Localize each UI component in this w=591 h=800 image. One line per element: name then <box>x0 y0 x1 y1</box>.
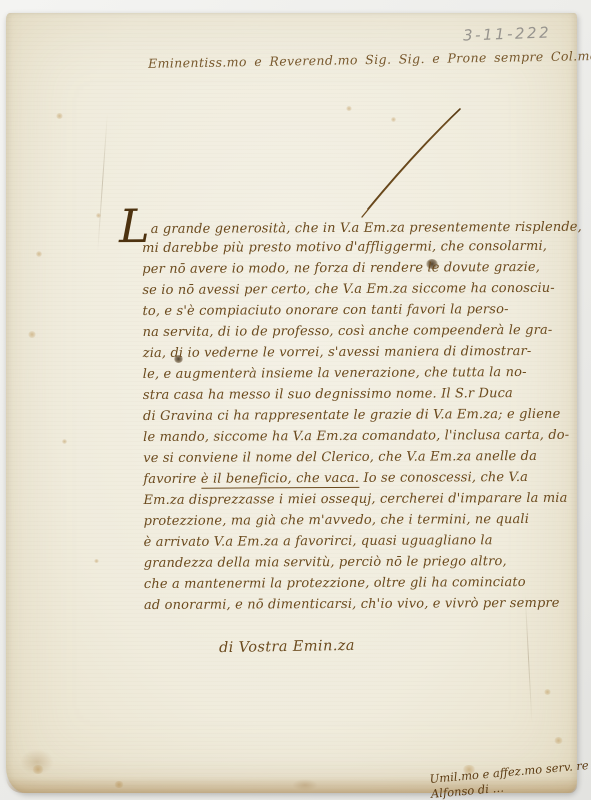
body-line: grandezza della mia servitù, perciò nō l… <box>144 551 551 574</box>
body-line: per nō avere io modo, ne forza di render… <box>142 257 549 280</box>
salutation-line: Eminentiss.mo e Reverend.mo Sig. Sig. e … <box>148 50 478 71</box>
valediction: di Vostra Emin.za <box>219 638 355 656</box>
body-line: na servita, di io de professo, così anch… <box>143 320 550 343</box>
body-line: Em.za disprezzasse i miei ossequj, cerch… <box>143 488 550 511</box>
body-line: La grande generosità, che in V.a Em.za p… <box>119 215 549 238</box>
archival-number: 3-11-222 <box>463 23 552 44</box>
foxing-spot <box>94 559 99 563</box>
letter-paper: 3-11-222 Eminentiss.mo e Reverend.mo Sig… <box>6 13 577 793</box>
body-line: è arrivato V.a Em.za a favorirci, quasi … <box>144 530 551 553</box>
body-line: che a mantenermi la protezzione, oltre g… <box>144 572 551 595</box>
foxing-spot <box>56 113 63 119</box>
body-line: le mando, siccome ha V.a Em.za comandato… <box>143 425 550 448</box>
body-line: mi darebbe più presto motivo d'affligger… <box>142 236 549 259</box>
body-line: se io nō avessi per certo, che V.a Em.za… <box>142 278 549 301</box>
paper-crease <box>97 113 108 253</box>
foxing-spot <box>346 106 352 111</box>
stain <box>292 779 318 791</box>
letter-body: La grande generosità, che in V.a Em.za p… <box>119 215 551 616</box>
initial-capital: L <box>119 199 150 253</box>
stain <box>20 749 54 775</box>
underline-pre: favorire <box>143 472 201 487</box>
foxing-spot <box>28 331 36 338</box>
body-line: di Gravina ci ha rappresentate le grazie… <box>143 404 550 427</box>
foxing-spot <box>544 689 551 695</box>
body-line-text: a grande generosità, che in V.a Em.za pr… <box>151 220 582 237</box>
underline-post: Io se conoscessi, che V.a <box>359 470 528 486</box>
foxing-spot <box>114 781 124 788</box>
pen-strokes <box>354 105 466 223</box>
closing-signature: Umil.mo e affez.mo serv. re Alfonso di … <box>429 758 591 800</box>
body-line-underlined: favorire è il beneficio, che vaca. Io se… <box>143 467 550 490</box>
foxing-spot <box>32 765 44 774</box>
underlined-phrase: è il beneficio, che vaca. <box>201 471 359 489</box>
foxing-spot <box>554 737 563 744</box>
body-line: zia, di io vederne le vorrei, s'avessi m… <box>143 341 550 364</box>
pen-stroke-line <box>362 119 450 217</box>
body-line: le, e augmenterà insieme la venerazione,… <box>143 362 550 385</box>
foxing-spot <box>36 251 42 257</box>
body-line: protezzione, ma già che m'avvedo, che i … <box>143 509 550 532</box>
body-line: stra casa ha messo il suo degnissimo nom… <box>143 383 550 406</box>
body-line: ve si conviene il nome del Clerico, che … <box>143 446 550 469</box>
foxing-spot <box>96 213 101 218</box>
body-line: to, e s'è compiaciuto onorare con tanti … <box>142 299 549 322</box>
body-line: ad onorarmi, e nō dimenticarsi, ch'io vi… <box>144 593 551 616</box>
foxing-spot <box>62 439 67 444</box>
